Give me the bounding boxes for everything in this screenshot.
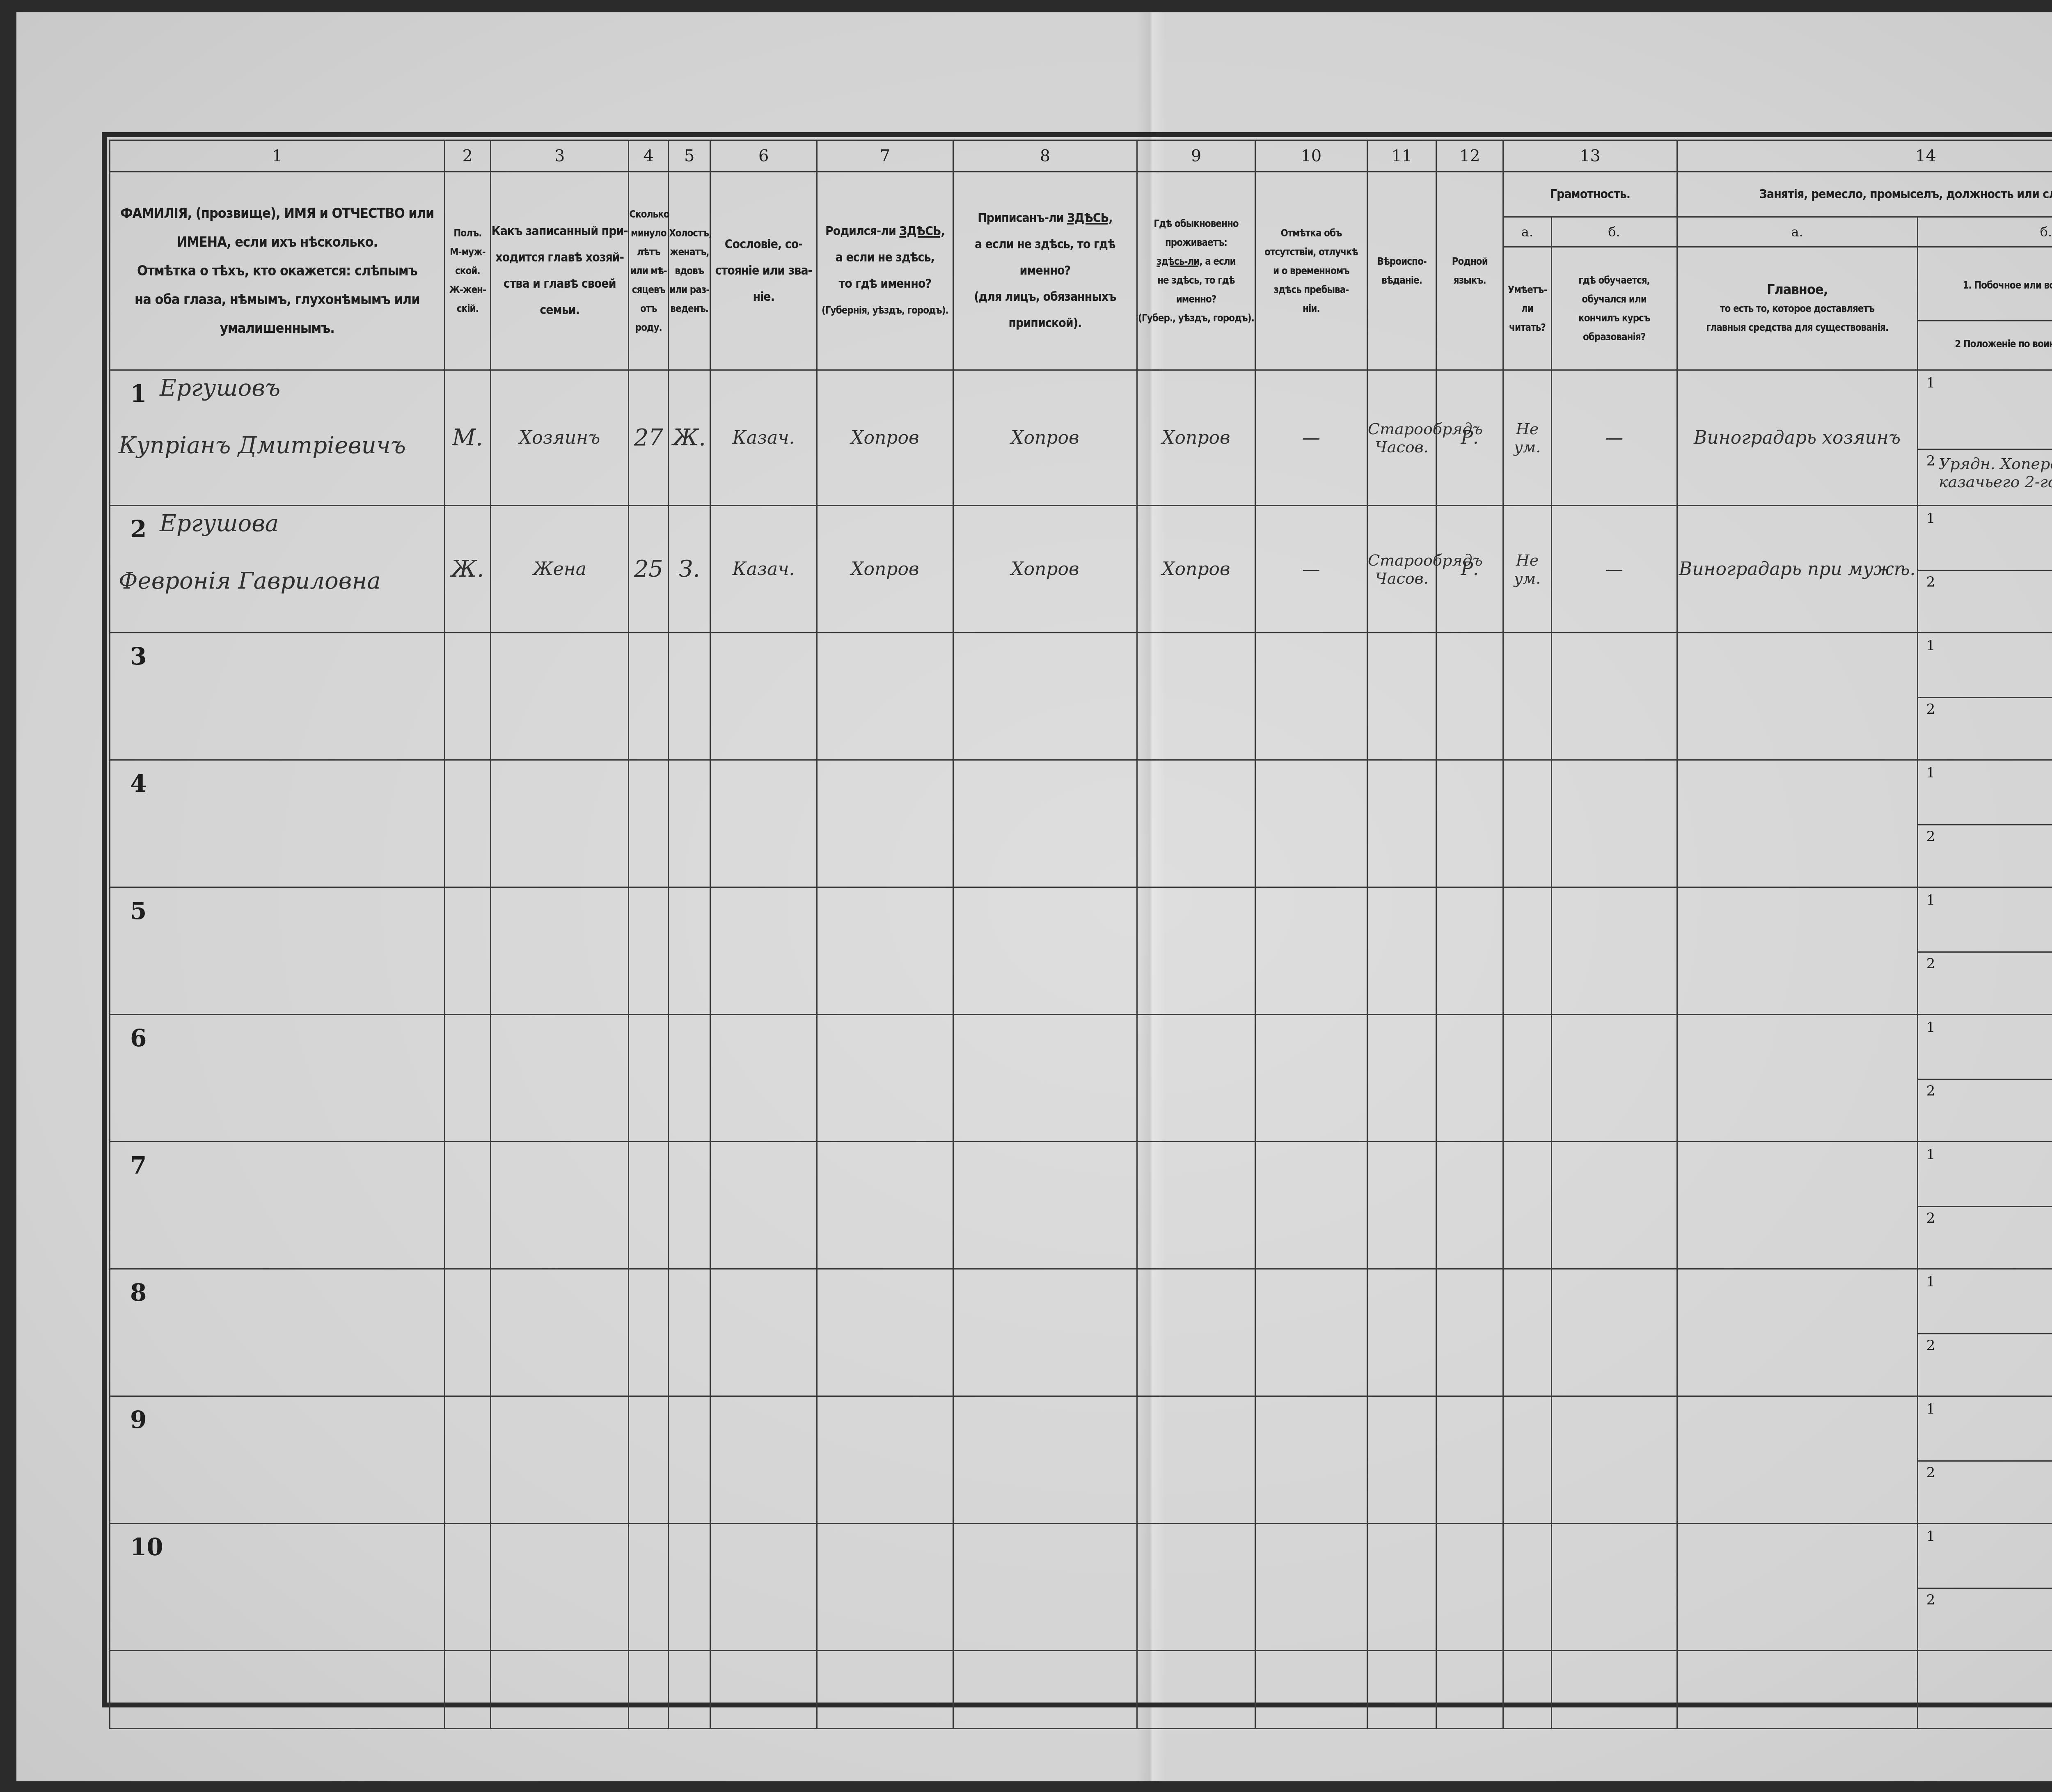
slot-1-label: 1 [1926, 510, 1935, 527]
col-number-11: 11 [1367, 140, 1436, 172]
name-cell[interactable]: 2 Ергушова Февронія Гавриловна [110, 506, 445, 633]
marital-cell[interactable] [669, 1524, 710, 1651]
slot-1-label: 1 [1926, 1019, 1935, 1036]
estate-cell[interactable]: Казач. [710, 370, 817, 506]
education-cell[interactable] [1551, 1269, 1677, 1396]
slot-2-label: 2 [1926, 1210, 1935, 1226]
blank-cell [1917, 1651, 2052, 1729]
literacy-cell[interactable] [1503, 1524, 1551, 1651]
marital-cell[interactable] [669, 887, 710, 1015]
table-row: 7 12 [110, 1142, 2052, 1269]
slot-divider [1918, 1333, 2052, 1334]
relation-cell[interactable] [490, 1269, 628, 1396]
registered-cell[interactable] [953, 1142, 1137, 1269]
slot-1-label: 1 [1926, 637, 1935, 654]
row-number: 10 [130, 1533, 163, 1561]
slot-divider [1918, 570, 2052, 571]
marital-cell[interactable] [669, 633, 710, 760]
residence-cell[interactable]: Хопров [1137, 506, 1255, 633]
relation-cell[interactable] [490, 1524, 628, 1651]
language-cell[interactable] [1436, 1269, 1503, 1396]
name-cell[interactable]: 9 [110, 1396, 445, 1524]
slot-2-label: 2 [1926, 1464, 1935, 1481]
slot-2-label: 2 [1926, 453, 1935, 469]
birthplace-cell[interactable] [817, 1142, 953, 1269]
occupation-main-cell[interactable] [1677, 1015, 1917, 1142]
occupation-main-cell[interactable] [1677, 760, 1917, 887]
column-number-row: 1 2 3 4 5 6 7 8 9 10 11 12 13 14 [110, 140, 2052, 172]
language-cell[interactable] [1436, 1142, 1503, 1269]
occupation-secondary-cell[interactable]: 12 [1917, 760, 2052, 887]
absence-cell[interactable] [1255, 1142, 1367, 1269]
table-footer-row [110, 1651, 2052, 1729]
relation-cell[interactable]: Хозяинъ [490, 370, 628, 506]
residence-cell[interactable]: Хопров [1137, 370, 1255, 506]
col-number-10: 10 [1255, 140, 1367, 172]
estate-cell[interactable] [710, 1524, 817, 1651]
estate-cell[interactable] [710, 1142, 817, 1269]
language-cell[interactable]: Р. [1436, 370, 1503, 506]
absence-cell[interactable]: — [1255, 370, 1367, 506]
name-cell[interactable]: 10 [110, 1524, 445, 1651]
estate-cell[interactable] [710, 1396, 817, 1524]
literacy-cell[interactable] [1503, 633, 1551, 760]
header-col14a: Главное, то есть то, которое доставляетъ… [1677, 247, 1917, 370]
row-number: 8 [130, 1279, 147, 1306]
col-number-7: 7 [817, 140, 953, 172]
sex-cell[interactable] [444, 1269, 490, 1396]
col-number-2: 2 [444, 140, 490, 172]
occupation-secondary-cell[interactable]: 12 [1917, 887, 2052, 1015]
absence-cell[interactable] [1255, 633, 1367, 760]
slot-2-label: 2 [1926, 1592, 1935, 1608]
header-col14b-label: б. [1917, 217, 2052, 247]
header-col5: Холостъ, женатъ, вдовъ или раз- веденъ. [669, 172, 710, 370]
registered-cell[interactable] [953, 1269, 1137, 1396]
occupation-secondary-cell[interactable]: 12 [1917, 1269, 2052, 1396]
marital-cell[interactable] [669, 1269, 710, 1396]
residence-cell[interactable] [1137, 1015, 1255, 1142]
marital-cell[interactable] [669, 1015, 710, 1142]
occupation-secondary-cell[interactable]: 12 [1917, 1015, 2052, 1142]
language-cell[interactable] [1436, 887, 1503, 1015]
religion-cell[interactable] [1367, 1142, 1436, 1269]
col-number-14: 14 [1677, 140, 2052, 172]
surname: Ергушова [160, 510, 279, 537]
literacy-cell[interactable] [1503, 1269, 1551, 1396]
occupation-secondary-cell[interactable]: 12 [1917, 1396, 2052, 1524]
header-col14b: 1. Побочное или вспомогательное. 2 Полож… [1917, 247, 2052, 370]
row-number: 3 [130, 642, 147, 670]
blank-cell [490, 1651, 628, 1729]
relation-cell[interactable] [490, 1142, 628, 1269]
table-row: 5 12 [110, 887, 2052, 1015]
header-col13-title: Грамотность. [1503, 172, 1677, 217]
slot-2-label: 2 [1926, 574, 1935, 590]
estate-cell[interactable] [710, 760, 817, 887]
occupation-main-cell[interactable] [1677, 1269, 1917, 1396]
occupation-secondary-cell[interactable]: 12 [1917, 1524, 2052, 1651]
row-number: 5 [130, 897, 147, 925]
col-number-5: 5 [669, 140, 710, 172]
row-number: 4 [130, 770, 147, 797]
age-cell[interactable]: 25 [629, 506, 669, 633]
age-cell[interactable] [629, 887, 669, 1015]
header-col10: Отмѣтка объ отсутствіи, отлучкѣ и о врем… [1255, 172, 1367, 370]
blank-cell [1255, 1651, 1367, 1729]
literacy-cell[interactable] [1503, 887, 1551, 1015]
sex-cell[interactable] [444, 1524, 490, 1651]
occupation-secondary-cell[interactable]: 12 [1917, 633, 2052, 760]
row-number: 6 [130, 1024, 147, 1052]
occupation-secondary-cell[interactable]: 1 2 Урядн. Хоперскаго казачьего 2-го пол… [1917, 370, 2052, 506]
language-cell[interactable] [1436, 1396, 1503, 1524]
name-cell[interactable]: 4 [110, 760, 445, 887]
header-col11: Вѣроиспо- вѣданіе. [1367, 172, 1436, 370]
slot-divider [1918, 1206, 2052, 1207]
education-cell[interactable]: — [1551, 506, 1677, 633]
registered-cell[interactable] [953, 1524, 1137, 1651]
absence-cell[interactable] [1255, 1524, 1367, 1651]
name-cell[interactable]: 1 Ергушовъ Купріанъ Дмитріевичъ [110, 370, 445, 506]
blank-cell [444, 1651, 490, 1729]
row-number: 2 [130, 515, 147, 543]
relation-cell[interactable] [490, 633, 628, 760]
age-cell[interactable]: 27 [629, 370, 669, 506]
registered-cell[interactable] [953, 633, 1137, 760]
education-cell[interactable]: — [1551, 370, 1677, 506]
header-col14-title: Занятія, ремесло, промыселъ, должность и… [1677, 172, 2052, 217]
blank-cell [1551, 1651, 1677, 1729]
occupation-secondary-cell[interactable]: 12 [1917, 1142, 2052, 1269]
birthplace-cell[interactable] [817, 633, 953, 760]
blank-cell [1367, 1651, 1436, 1729]
slot-divider [1918, 1079, 2052, 1080]
blank-cell [1503, 1651, 1551, 1729]
blank-cell [817, 1651, 953, 1729]
relation-cell[interactable]: Жена [490, 506, 628, 633]
table-row: 4 12 [110, 760, 2052, 887]
sex-cell[interactable]: Ж. [444, 506, 490, 633]
religion-cell[interactable]: Старообрядъ Часов. [1367, 370, 1436, 506]
registered-cell[interactable] [953, 760, 1137, 887]
language-cell[interactable] [1436, 1524, 1503, 1651]
header-col13b: гдѣ обучается, обучался или кончилъ курс… [1551, 247, 1677, 370]
occupation-main-cell[interactable] [1677, 633, 1917, 760]
sex-cell[interactable] [444, 1015, 490, 1142]
slot-divider [1918, 449, 2052, 450]
table-row: 6 12 [110, 1015, 2052, 1142]
religion-cell[interactable] [1367, 633, 1436, 760]
header-col13a: Умѣетъ- ли читать? [1503, 247, 1551, 370]
absence-cell[interactable] [1255, 1396, 1367, 1524]
religion-cell[interactable] [1367, 887, 1436, 1015]
census-table: 1 2 3 4 5 6 7 8 9 10 11 12 13 14 ФАМИЛІЯ… [109, 140, 2052, 1729]
literacy-cell[interactable] [1503, 1015, 1551, 1142]
occupation-main-cell[interactable]: Виноградарь хозяинъ [1677, 370, 1917, 506]
age-cell[interactable] [629, 633, 669, 760]
col-number-8: 8 [953, 140, 1137, 172]
slot-divider [1918, 697, 2052, 698]
education-cell[interactable] [1551, 1396, 1677, 1524]
absence-cell[interactable]: — [1255, 506, 1367, 633]
religion-cell[interactable]: Старообрядъ Часов. [1367, 506, 1436, 633]
religion-cell[interactable] [1367, 760, 1436, 887]
birthplace-cell[interactable] [817, 1396, 953, 1524]
religion-cell[interactable] [1367, 1396, 1436, 1524]
residence-cell[interactable] [1137, 633, 1255, 760]
name-cell[interactable]: 7 [110, 1142, 445, 1269]
language-cell[interactable] [1436, 1015, 1503, 1142]
marital-cell[interactable]: З. [669, 506, 710, 633]
sex-cell[interactable] [444, 760, 490, 887]
occupation-main-cell[interactable]: Виноградарь при мужѣ. [1677, 506, 1917, 633]
residence-cell[interactable] [1137, 1396, 1255, 1524]
age-cell[interactable] [629, 1142, 669, 1269]
slot-2-label: 2 [1926, 1083, 1935, 1099]
blank-cell [669, 1651, 710, 1729]
estate-cell[interactable]: Казач. [710, 506, 817, 633]
birthplace-cell[interactable] [817, 887, 953, 1015]
slot-1-label: 1 [1926, 1146, 1935, 1163]
absence-cell[interactable] [1255, 1269, 1367, 1396]
header-col8: Приписанъ-ли ЗДѢСЬ, а если не здѣсь, то … [953, 172, 1137, 370]
slot-1-label: 1 [1926, 1274, 1935, 1290]
slot-2-label: 2 [1926, 1337, 1935, 1354]
birthplace-cell[interactable] [817, 1524, 953, 1651]
birthplace-cell[interactable]: Хопров [817, 506, 953, 633]
row-number: 9 [130, 1406, 147, 1434]
residence-cell[interactable] [1137, 1524, 1255, 1651]
marital-cell[interactable] [669, 760, 710, 887]
sex-cell[interactable]: М. [444, 370, 490, 506]
slot-1-label: 1 [1926, 1401, 1935, 1417]
occupation-main-cell[interactable] [1677, 1396, 1917, 1524]
residence-cell[interactable] [1137, 1142, 1255, 1269]
estate-cell[interactable] [710, 887, 817, 1015]
marital-cell[interactable] [669, 1142, 710, 1269]
header-col13a-label: а. [1503, 217, 1551, 247]
slot-1-label: 1 [1926, 765, 1935, 781]
relation-cell[interactable] [490, 1015, 628, 1142]
blank-cell [953, 1651, 1137, 1729]
age-cell[interactable] [629, 1524, 669, 1651]
education-cell[interactable] [1551, 1524, 1677, 1651]
table-row: 9 12 [110, 1396, 2052, 1524]
birthplace-cell[interactable] [817, 1269, 953, 1396]
header-col2: Полъ. М-муж- ской. Ж-жен- скій. [444, 172, 490, 370]
slot-divider [1918, 1588, 2052, 1589]
slot-1-label: 1 [1926, 375, 1935, 391]
education-cell[interactable] [1551, 1015, 1677, 1142]
name-cell[interactable]: 3 [110, 633, 445, 760]
registered-cell[interactable] [953, 1396, 1137, 1524]
sex-cell[interactable] [444, 1396, 490, 1524]
blank-cell [1436, 1651, 1503, 1729]
relation-cell[interactable] [490, 1396, 628, 1524]
header-col1: ФАМИЛІЯ, (прозвище), ИМЯ и ОТЧЕСТВО или … [110, 172, 445, 370]
education-cell[interactable] [1551, 1142, 1677, 1269]
surname: Ергушовъ [160, 375, 280, 401]
language-cell[interactable] [1436, 633, 1503, 760]
slot-divider [1918, 824, 2052, 825]
col-number-3: 3 [490, 140, 628, 172]
absence-cell[interactable] [1255, 887, 1367, 1015]
language-cell[interactable] [1436, 760, 1503, 887]
given-name: Купріанъ Дмитріевичъ [119, 432, 406, 459]
estate-cell[interactable] [710, 633, 817, 760]
name-cell[interactable]: 5 [110, 887, 445, 1015]
literacy-cell[interactable]: Не ум. [1503, 506, 1551, 633]
education-cell[interactable] [1551, 633, 1677, 760]
header-col12: Родной языкъ. [1436, 172, 1503, 370]
absence-cell[interactable] [1255, 1015, 1367, 1142]
slot-1-label: 1 [1926, 1528, 1935, 1545]
absence-cell[interactable] [1255, 760, 1367, 887]
occupation-secondary-cell[interactable]: 1 2 [1917, 506, 2052, 633]
literacy-cell[interactable] [1503, 1396, 1551, 1524]
marital-cell[interactable]: Ж. [669, 370, 710, 506]
header-col14a-label: а. [1677, 217, 1917, 247]
residence-cell[interactable] [1137, 760, 1255, 887]
blank-cell [1137, 1651, 1255, 1729]
birthplace-cell[interactable] [817, 760, 953, 887]
literacy-cell[interactable] [1503, 760, 1551, 887]
relation-cell[interactable] [490, 887, 628, 1015]
col-number-4: 4 [629, 140, 669, 172]
occupation-main-cell[interactable] [1677, 1142, 1917, 1269]
blank-cell [710, 1651, 817, 1729]
row-number: 7 [130, 1151, 147, 1179]
blank-cell [1677, 1651, 1917, 1729]
header-col7: Родился-ли ЗДѢСЬ, а если не здѣсь, то гд… [817, 172, 953, 370]
birthplace-cell[interactable] [817, 1015, 953, 1142]
estate-cell[interactable] [710, 1269, 817, 1396]
sex-cell[interactable] [444, 1142, 490, 1269]
slot-1-label: 1 [1926, 892, 1935, 908]
military-status: Урядн. Хоперскаго казачьего 2-го полка [1939, 455, 2052, 491]
registered-cell[interactable]: Хопров [953, 370, 1137, 506]
slot-divider [1918, 951, 2052, 953]
age-cell[interactable] [629, 760, 669, 887]
occupation-main-cell[interactable] [1677, 1524, 1917, 1651]
sex-cell[interactable] [444, 633, 490, 760]
name-cell[interactable]: 8 [110, 1269, 445, 1396]
col-number-6: 6 [710, 140, 817, 172]
header-col6: Сословіе, со- стояніе или зва- ніе. [710, 172, 817, 370]
table-row: 1 Ергушовъ Купріанъ Дмитріевичъ М. Хозяи… [110, 370, 2052, 506]
col-number-9: 9 [1137, 140, 1255, 172]
age-cell[interactable] [629, 1396, 669, 1524]
header-col9: Гдѣ обыкновенно проживаетъ: здѣсь-ли, а … [1137, 172, 1255, 370]
literacy-cell[interactable]: Не ум. [1503, 370, 1551, 506]
slot-2-label: 2 [1926, 828, 1935, 845]
sex-cell[interactable] [444, 887, 490, 1015]
estate-cell[interactable] [710, 1015, 817, 1142]
religion-cell[interactable] [1367, 1269, 1436, 1396]
blank-cell [110, 1651, 445, 1729]
relation-cell[interactable] [490, 760, 628, 887]
religion-cell[interactable] [1367, 1015, 1436, 1142]
age-cell[interactable] [629, 1269, 669, 1396]
language-cell[interactable]: Р. [1436, 506, 1503, 633]
education-cell[interactable] [1551, 887, 1677, 1015]
education-cell[interactable] [1551, 760, 1677, 887]
table-row: 8 12 [110, 1269, 2052, 1396]
slot-2-label: 2 [1926, 956, 1935, 972]
table-row: 3 12 [110, 633, 2052, 760]
table-row: 2 Ергушова Февронія Гавриловна Ж. Жена 2… [110, 506, 2052, 633]
occupation-main-cell[interactable] [1677, 887, 1917, 1015]
given-name: Февронія Гавриловна [119, 568, 381, 594]
header-group-row: ФАМИЛІЯ, (прозвище), ИМЯ и ОТЧЕСТВО или … [110, 172, 2052, 217]
marital-cell[interactable] [669, 1396, 710, 1524]
literacy-cell[interactable] [1503, 1142, 1551, 1269]
age-cell[interactable] [629, 1015, 669, 1142]
religion-cell[interactable] [1367, 1524, 1436, 1651]
header-col13b-label: б. [1551, 217, 1677, 247]
birthplace-cell[interactable]: Хопров [817, 370, 953, 506]
header-col3: Какъ записанный при- ходится главѣ хозяй… [490, 172, 628, 370]
col-number-1: 1 [110, 140, 445, 172]
slot-2-label: 2 [1926, 701, 1935, 717]
residence-cell[interactable] [1137, 1269, 1255, 1396]
name-cell[interactable]: 6 [110, 1015, 445, 1142]
registered-cell[interactable]: Хопров [953, 506, 1137, 633]
col-number-12: 12 [1436, 140, 1503, 172]
slot-divider [1918, 1460, 2052, 1462]
table-row: 10 12 [110, 1524, 2052, 1651]
registered-cell[interactable] [953, 1015, 1137, 1142]
registered-cell[interactable] [953, 887, 1137, 1015]
header-col4: Сколько минуло лѣтъ или мѣ- сяцевъ отъ р… [629, 172, 669, 370]
col-number-13: 13 [1503, 140, 1677, 172]
row-number: 1 [130, 380, 147, 408]
blank-cell [629, 1651, 669, 1729]
residence-cell[interactable] [1137, 887, 1255, 1015]
